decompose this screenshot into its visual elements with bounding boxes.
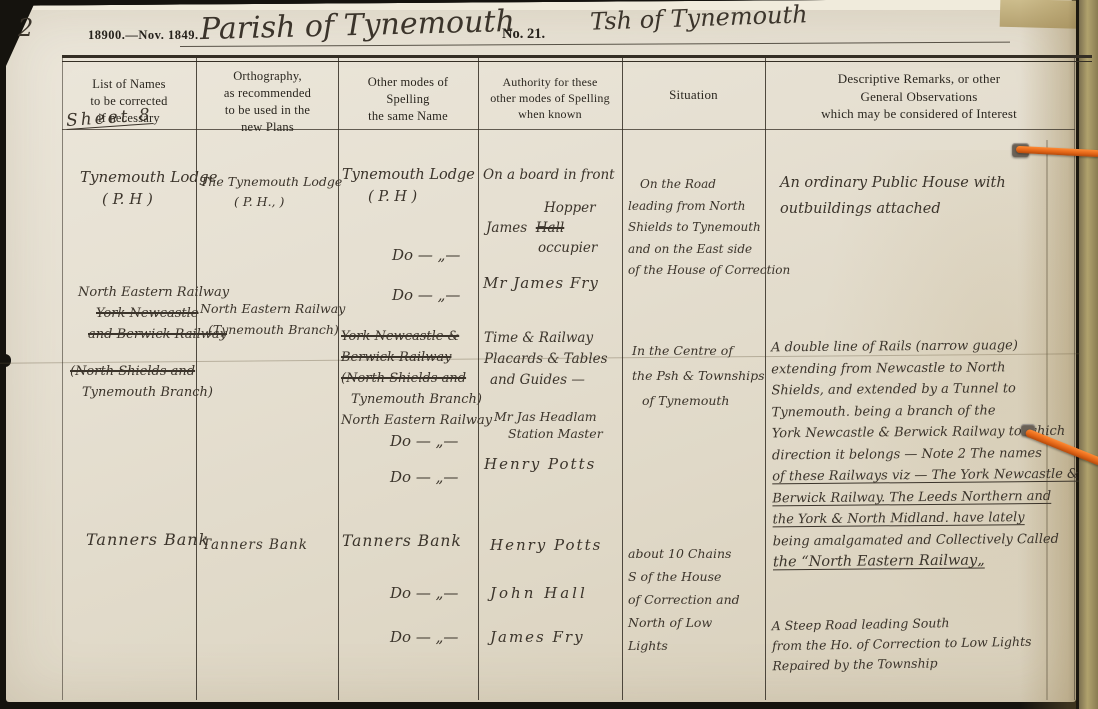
scanned-register-page: 2 18900.—Nov. 1849. Parish of Tynemouth …	[0, 0, 1098, 709]
table-top-rule-thick	[62, 55, 1092, 58]
binding-strip	[1079, 0, 1098, 709]
handwritten-line: Lights	[628, 634, 740, 657]
handwritten-line: leading from North	[628, 196, 790, 218]
struck-line: York Newcastle &	[341, 326, 492, 347]
underlined-line: of these Railways viz — The York Newcast…	[772, 464, 1079, 488]
handwritten-line: about 10 Chains	[628, 542, 740, 565]
authority-name: Mr James Fry	[483, 274, 599, 292]
column-line-left	[62, 58, 63, 700]
handwritten-line: Placards & Tables	[484, 349, 608, 370]
cell-other-spelling-lodge: Tynemouth Lodge ( P. H )	[342, 164, 475, 208]
authority-name: Henry Potts	[484, 455, 596, 473]
cell-other-spelling-railway: York Newcastle & Berwick Railway (North …	[341, 326, 492, 431]
handwritten-line: of Tynemouth	[642, 388, 765, 413]
cell-remarks-lodge: An ordinary Public House with outbuildin…	[780, 170, 1006, 222]
handwritten-line: In the Centre of	[632, 338, 765, 363]
handwritten-line: Tynemouth Branch)	[351, 389, 492, 410]
form-number: No. 21.	[502, 26, 545, 43]
cell-names-lodge: Tynemouth Lodge ( P. H )	[80, 166, 217, 210]
ditto-mark: Do — „—	[390, 628, 458, 646]
table-top-rule-thin	[62, 61, 1092, 62]
handwritten-line: Tynemouth. being a branch of the	[772, 399, 1079, 423]
cell-authority-railway: Time & Railway Placards & Tables and Gui…	[484, 328, 608, 391]
column-line-5	[765, 58, 766, 700]
handwritten-line: An ordinary Public House with	[780, 170, 1006, 196]
first-name: James	[486, 220, 527, 236]
handwritten-line: of Correction and	[628, 588, 740, 611]
handwritten-line: Tynemouth Branch)	[82, 382, 229, 403]
cell-other-spelling-tanners: Tanners Bank	[342, 532, 462, 550]
handwritten-line: of the House of Correction	[628, 260, 790, 282]
cell-situation-lodge: On the Road leading from North Shields t…	[628, 174, 790, 282]
handwritten-line: North Eastern Railway	[200, 298, 345, 319]
cell-situation-tanners: about 10 Chains S of the House of Correc…	[628, 542, 740, 657]
handwritten-line: The Tynemouth Lodge	[200, 172, 342, 192]
handwritten-line: ( P. H )	[368, 186, 475, 208]
handwritten-line: A double line of Rails (narrow guage)	[771, 335, 1078, 359]
underlined-line: the York & North Midland. have lately	[772, 507, 1079, 531]
handwritten-line: outbuildings attached	[780, 196, 1006, 222]
cell-remarks-railway: A double line of Rails (narrow guage) ex…	[771, 335, 1079, 574]
handwritten-line: the Psh & Townships	[632, 363, 765, 388]
correction-below: occupier	[538, 238, 597, 258]
handwritten-line: extending from Newcastle to North	[771, 356, 1078, 380]
handwritten-line: James Hall	[486, 218, 597, 238]
page-number: 2	[18, 14, 33, 42]
cell-orthography-lodge: The Tynemouth Lodge ( P. H., )	[200, 172, 342, 212]
handwritten-line: Mr Jas Headlam	[494, 408, 603, 425]
handwritten-line: Tynemouth Lodge	[80, 166, 217, 188]
cell-situation-railway: In the Centre of the Psh & Townships of …	[632, 338, 765, 413]
column-line-4	[622, 58, 623, 700]
handwritten-line: and Guides —	[490, 370, 608, 391]
authority-station-master: Mr Jas Headlam Station Master	[494, 408, 603, 442]
cell-names-tanners: Tanners Bank	[86, 530, 209, 549]
handwritten-line: Shields to Tynemouth	[628, 217, 790, 239]
handwritten-line: Time & Railway	[484, 328, 608, 349]
column-header-other-modes: Other modes of Spelling the same Name	[340, 74, 476, 125]
cell-orthography-tanners: Tanners Bank	[202, 537, 308, 553]
ditto-mark: Do — „—	[392, 246, 460, 264]
imprint-code: 18900.—Nov. 1849.	[88, 28, 199, 43]
authority-name: James Fry	[490, 628, 585, 646]
struck-line: (North Shields and	[70, 361, 229, 382]
authority-name: Henry Potts	[490, 536, 602, 554]
authority-board-note: On a board in front	[483, 167, 615, 183]
underlined-line: the “North Eastern Railway„	[773, 550, 1080, 574]
authority-occupier-correction: Hopper James Hall occupier	[486, 198, 597, 258]
cell-remarks-tanners: A Steep Road leading South from the Ho. …	[771, 612, 1032, 677]
handwritten-line: North Eastern Railway	[341, 410, 492, 431]
ditto-mark: Do — „—	[390, 584, 458, 602]
struck-surname: Hall	[536, 220, 564, 236]
handwritten-line: ( P. H., )	[234, 192, 342, 212]
struck-line: (North Shields and	[341, 368, 492, 389]
ditto-mark: Do — „—	[390, 468, 458, 486]
struck-line: Berwick Railway	[341, 347, 492, 368]
correction-above: Hopper	[544, 198, 597, 218]
handwritten-line: Station Master	[508, 425, 603, 442]
cell-orthography-railway: North Eastern Railway (Tynemouth Branch)	[200, 298, 345, 340]
handwritten-line: Shields, and extended by a Tunnel to	[771, 378, 1078, 402]
underlined-line: Berwick Railway. The Leeds Northern and	[772, 485, 1079, 509]
column-line-2	[338, 58, 339, 700]
handwritten-line: On the Road	[640, 174, 790, 196]
handwritten-line: S of the House	[628, 565, 740, 588]
column-header-orthography: Orthography, as recommended to be used i…	[199, 68, 336, 136]
column-header-descriptive-remarks: Descriptive Remarks, or other General Ob…	[768, 70, 1070, 123]
ditto-mark: Do — „—	[392, 286, 460, 304]
authority-name: John Hall	[490, 584, 588, 602]
column-header-situation: Situation	[624, 86, 763, 104]
handwritten-line: (Tynemouth Branch)	[208, 319, 345, 340]
ditto-mark: Do — „—	[390, 432, 458, 450]
handwritten-line: Tynemouth Lodge	[342, 164, 475, 186]
handwritten-line: North of Low	[628, 611, 740, 634]
column-header-authority: Authority for these other modes of Spell…	[479, 74, 621, 123]
handwritten-line: direction it belongs — Note 2 The names	[772, 442, 1079, 466]
handwritten-line: being amalgamated and Collectively Calle…	[773, 528, 1080, 552]
handwritten-line: and on the East side	[628, 239, 790, 261]
